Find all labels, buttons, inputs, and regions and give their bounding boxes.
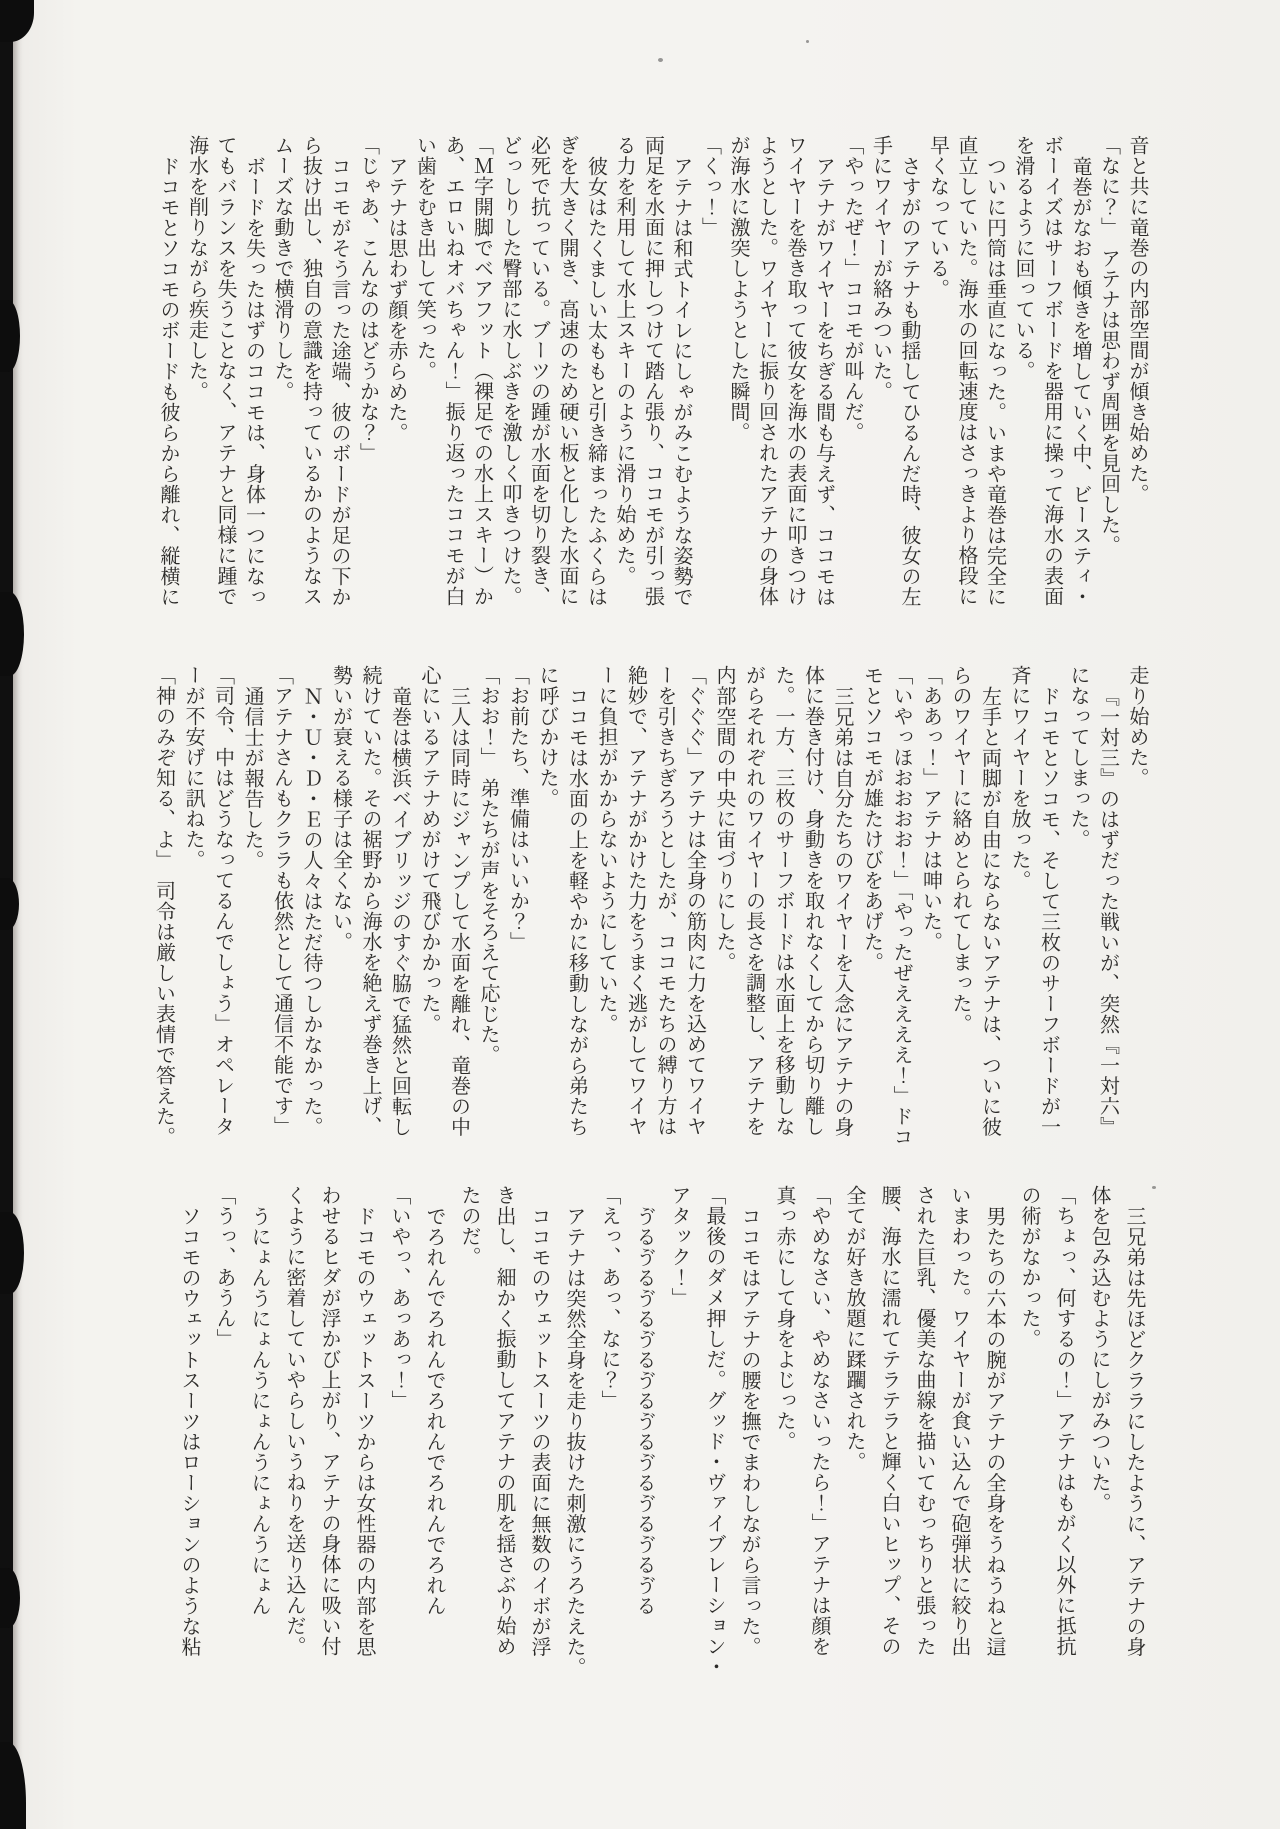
text-column: 「司令、中はどうなってるんでしょう」オペレータ bbox=[208, 665, 238, 1165]
text-column: ココモはアテナの腰を撫でまわしながら言った。 bbox=[732, 1185, 767, 1685]
text-column: ーを引きちぎろうとしたが、ココモたちの縛り方は bbox=[651, 665, 681, 1165]
text-column: 「ちょっ、何するの！」アテナはもがく以外に抵抗 bbox=[1047, 1185, 1082, 1685]
text-column: ココモは水面の上を軽やかに移動しながら弟たち bbox=[562, 665, 592, 1165]
text-column: Ｎ・Ｕ・Ｄ・Ｅの人々はただ待つしかなかった。 bbox=[297, 665, 327, 1165]
scan-speck bbox=[1152, 1186, 1156, 1189]
text-column: 「いやっほおおおお！」「やったぜええええ！」ドコ bbox=[887, 665, 917, 1165]
text-column: ドコモとソコモ、そして三枚のサーフボードが一 bbox=[1034, 665, 1064, 1165]
text-column: 「最後のダメ押しだ。グッド・ヴァイブレーション・ bbox=[697, 1185, 732, 1685]
text-column: ボードを失ったはずのココモは、身体一つになっ bbox=[240, 135, 269, 635]
text-column: た。一方、三枚のサーフボードは水面上を移動しな bbox=[769, 665, 799, 1165]
text-column: 手にワイヤーが絡みついた。 bbox=[867, 135, 896, 635]
text-column: の術がなかった。 bbox=[1012, 1185, 1047, 1685]
text-band-middle: 走り始めた。『一対三』のはずだった戦いが、突然『一対六』になってしまった。ドコモ… bbox=[146, 665, 1152, 1165]
scan-speck bbox=[658, 58, 663, 62]
text-column: 「ぐぐぐ」アテナは全身の筋肉に力を込めてワイヤ bbox=[680, 665, 710, 1165]
text-column: 腰、海水に濡れてテラテラと輝く白いヒップ、その bbox=[872, 1185, 907, 1685]
text-column: 絶妙で、アテナがかけた力をうまく逃がしてワイヤ bbox=[621, 665, 651, 1165]
text-column: になってしまった。 bbox=[1064, 665, 1094, 1165]
text-column: ココモのウェットスーツの表面に無数のイボが浮 bbox=[522, 1185, 557, 1685]
text-column: 「うっ、あうん」 bbox=[207, 1185, 242, 1685]
text-column: でろれんでろれんでろれんでろれんでろれん bbox=[417, 1185, 452, 1685]
text-column: アタック！」 bbox=[662, 1185, 697, 1685]
text-column: 三兄弟は先ほどクララにしたように、アテナの身 bbox=[1117, 1185, 1152, 1685]
text-column: 直立していた。海水の回転速度はさっきより格段に bbox=[953, 135, 982, 635]
text-column: 「えっ、あっ、なに？」 bbox=[592, 1185, 627, 1685]
text-column: 全てが好き放題に蹂躙された。 bbox=[837, 1185, 872, 1685]
text-column: くように密着していやらしいうねりを送り込んだ。 bbox=[277, 1185, 312, 1685]
text-column: アテナは思わず顔を赤らめた。 bbox=[383, 135, 412, 635]
text-column: 両足を水面に押しつけて踏ん張り、ココモが引っ張 bbox=[639, 135, 668, 635]
text-column: 「いやっ、あっあっ！」 bbox=[382, 1185, 417, 1685]
text-column: に呼びかけた。 bbox=[533, 665, 563, 1165]
text-column: ソコモのウェットスーツはローションのような粘 bbox=[172, 1185, 207, 1685]
text-column: 内部空間の中央に宙づりにした。 bbox=[710, 665, 740, 1165]
text-column: ドコモのウェットスーツからは女性器の内部を思 bbox=[347, 1185, 382, 1685]
text-column: 「やったぜ！」ココモが叫んだ。 bbox=[839, 135, 868, 635]
text-column: ムーズな動きで横滑りした。 bbox=[269, 135, 298, 635]
text-column: てもバランスを失うことなく、アテナと同様に踵で bbox=[212, 135, 241, 635]
text-column: 左手と両脚が自由にならないアテナは、ついに彼 bbox=[975, 665, 1005, 1165]
text-column: 勢いが衰える様子は全くない。 bbox=[326, 665, 356, 1165]
text-column: 「Ｍ字開脚でベアフット（裸足での水上スキー）か bbox=[468, 135, 497, 635]
text-column: 「神のみぞ知る、よ」 司令は厳しい表情で答えた。 bbox=[149, 665, 179, 1165]
text-column: ボーイズはサーフボードを器用に操って海水の表面 bbox=[1038, 135, 1067, 635]
text-column: された巨乳、優美な曲線を描いてむっちりと張った bbox=[907, 1185, 942, 1685]
text-column: モとソコモが雄たけびをあげた。 bbox=[857, 665, 887, 1165]
text-column: ココモがそう言った途端、彼のボードが足の下か bbox=[326, 135, 355, 635]
text-column: ワイヤーを巻き取って彼女を海水の表面に叩きつけ bbox=[782, 135, 811, 635]
text-column: ら抜け出し、独自の意識を持っているかのようなス bbox=[297, 135, 326, 635]
text-column: 必死で抗っている。ブーツの踵が水面を切り裂き、 bbox=[525, 135, 554, 635]
text-column: 通信士が報告した。 bbox=[238, 665, 268, 1165]
text-column: 続けていた。その裾野から海水を絶えず巻き上げ、 bbox=[356, 665, 386, 1165]
text-column: ぎを大きく開き、高速のため硬い板と化した水面に bbox=[554, 135, 583, 635]
text-column: らのワイヤーに絡めとられてしまった。 bbox=[946, 665, 976, 1165]
text-column: 早くなっている。 bbox=[924, 135, 953, 635]
text-column: うにょんうにょんうにょんうにょんうにょん bbox=[242, 1185, 277, 1685]
text-band-bottom: 三兄弟は先ほどクララにしたように、アテナの身体を包み込むようにしがみついた。「ち… bbox=[170, 1185, 1152, 1685]
text-column: 海水を削りながら疾走した。 bbox=[183, 135, 212, 635]
text-column: る力を利用して水上スキーのように滑り始めた。 bbox=[611, 135, 640, 635]
text-column: ようとした。ワイヤーに振り回されたアテナの身体 bbox=[753, 135, 782, 635]
text-column: いまわった。ワイヤーが食い込んで砲弾状に絞り出 bbox=[942, 1185, 977, 1685]
text-column: 走り始めた。 bbox=[1123, 665, 1153, 1165]
text-column: ゔるゔるゔるゔるゔるゔるゔるゔるゔるゔる bbox=[627, 1185, 662, 1685]
text-column: 「お前たち、準備はいいか？」 bbox=[503, 665, 533, 1165]
text-column: 体を包み込むようにしがみついた。 bbox=[1082, 1185, 1117, 1685]
text-column: 心にいるアテナめがけて飛びかかった。 bbox=[415, 665, 445, 1165]
text-column: 「くっ！」 bbox=[696, 135, 725, 635]
text-column: 体に巻き付け、身動きを取れなくしてから切り離し bbox=[798, 665, 828, 1165]
text-column: 音と共に竜巻の内部空間が傾き始めた。 bbox=[1124, 135, 1153, 635]
text-column: き出し、細かく振動してアテナの肌を揺さぶり始め bbox=[487, 1185, 522, 1685]
text-column: 斉にワイヤーを放った。 bbox=[1005, 665, 1035, 1165]
text-column: が海水に激突しようとした瞬間。 bbox=[725, 135, 754, 635]
text-column: 真っ赤にして身をよじった。 bbox=[767, 1185, 802, 1685]
text-column: 「なに？」 アテナは思わず周囲を見回した。 bbox=[1095, 135, 1124, 635]
text-column: い歯をむき出して笑った。 bbox=[411, 135, 440, 635]
text-column: ドコモとソコモのボードも彼らから離れ、縦横に bbox=[155, 135, 184, 635]
text-column: 竜巻は横浜ベイブリッジのすぐ脇で猛然と回転し bbox=[385, 665, 415, 1165]
text-column: 『一対三』のはずだった戦いが、突然『一対六』 bbox=[1093, 665, 1123, 1165]
scanned-novel-page: { "page": { "paper_color": "#f3f2ee", "i… bbox=[0, 0, 1280, 1829]
text-column: を滑るように回っている。 bbox=[1010, 135, 1039, 635]
text-column: さすがのアテナも動揺してひるんだ時、彼女の左 bbox=[896, 135, 925, 635]
text-column: 「やめなさい、やめなさいったら！」アテナは顔を bbox=[802, 1185, 837, 1685]
text-column: 「おお！」 弟たちが声をそろえて応じた。 bbox=[474, 665, 504, 1165]
text-column: 三人は同時にジャンプして水面を離れ、竜巻の中 bbox=[444, 665, 474, 1165]
text-column: アテナは突然全身を走り抜けた刺激にうろたえた。 bbox=[557, 1185, 592, 1685]
text-column: どっしりした臀部に水しぶきを激しく叩きつけた。 bbox=[497, 135, 526, 635]
text-column: 「アテナさんもクララも依然として通信不能です」 bbox=[267, 665, 297, 1165]
scan-speck bbox=[806, 40, 809, 43]
text-column: ついに円筒は垂直になった。いまや竜巻は完全に bbox=[981, 135, 1010, 635]
text-column: アテナがワイヤーをちぎる間も与えず、ココモは bbox=[810, 135, 839, 635]
text-column: ーに負担がかからないようにしていた。 bbox=[592, 665, 622, 1165]
text-column: 彼女はたくましい太ももと引き締まったふくらは bbox=[582, 135, 611, 635]
text-column: 三兄弟は自分たちのワイヤーを入念にアテナの身 bbox=[828, 665, 858, 1165]
text-column: がらそれぞれのワイヤーの長さを調整し、アテナを bbox=[739, 665, 769, 1165]
text-column: わせるヒダが浮かび上がり、アテナの身体に吸い付 bbox=[312, 1185, 347, 1685]
text-column: 竜巻がなおも傾きを増していく中、ビースティ・ bbox=[1067, 135, 1096, 635]
text-column: 「じゃあ、こんなのはどうかな？」 bbox=[354, 135, 383, 635]
text-column: 「ああっ！」アテナは呻いた。 bbox=[916, 665, 946, 1165]
text-column: アテナは和式トイレにしゃがみこむような姿勢で bbox=[668, 135, 697, 635]
text-band-top: 音と共に竜巻の内部空間が傾き始めた。「なに？」 アテナは思わず周囲を見回した。竜… bbox=[152, 135, 1152, 635]
text-column: 男たちの六本の腕がアテナの全身をうねうねと這 bbox=[977, 1185, 1012, 1685]
text-column: たのだ。 bbox=[452, 1185, 487, 1685]
text-column: あ、エロいねオバちゃん！」振り返ったココモが白 bbox=[440, 135, 469, 635]
text-column: ーが不安げに訊ねた。 bbox=[179, 665, 209, 1165]
